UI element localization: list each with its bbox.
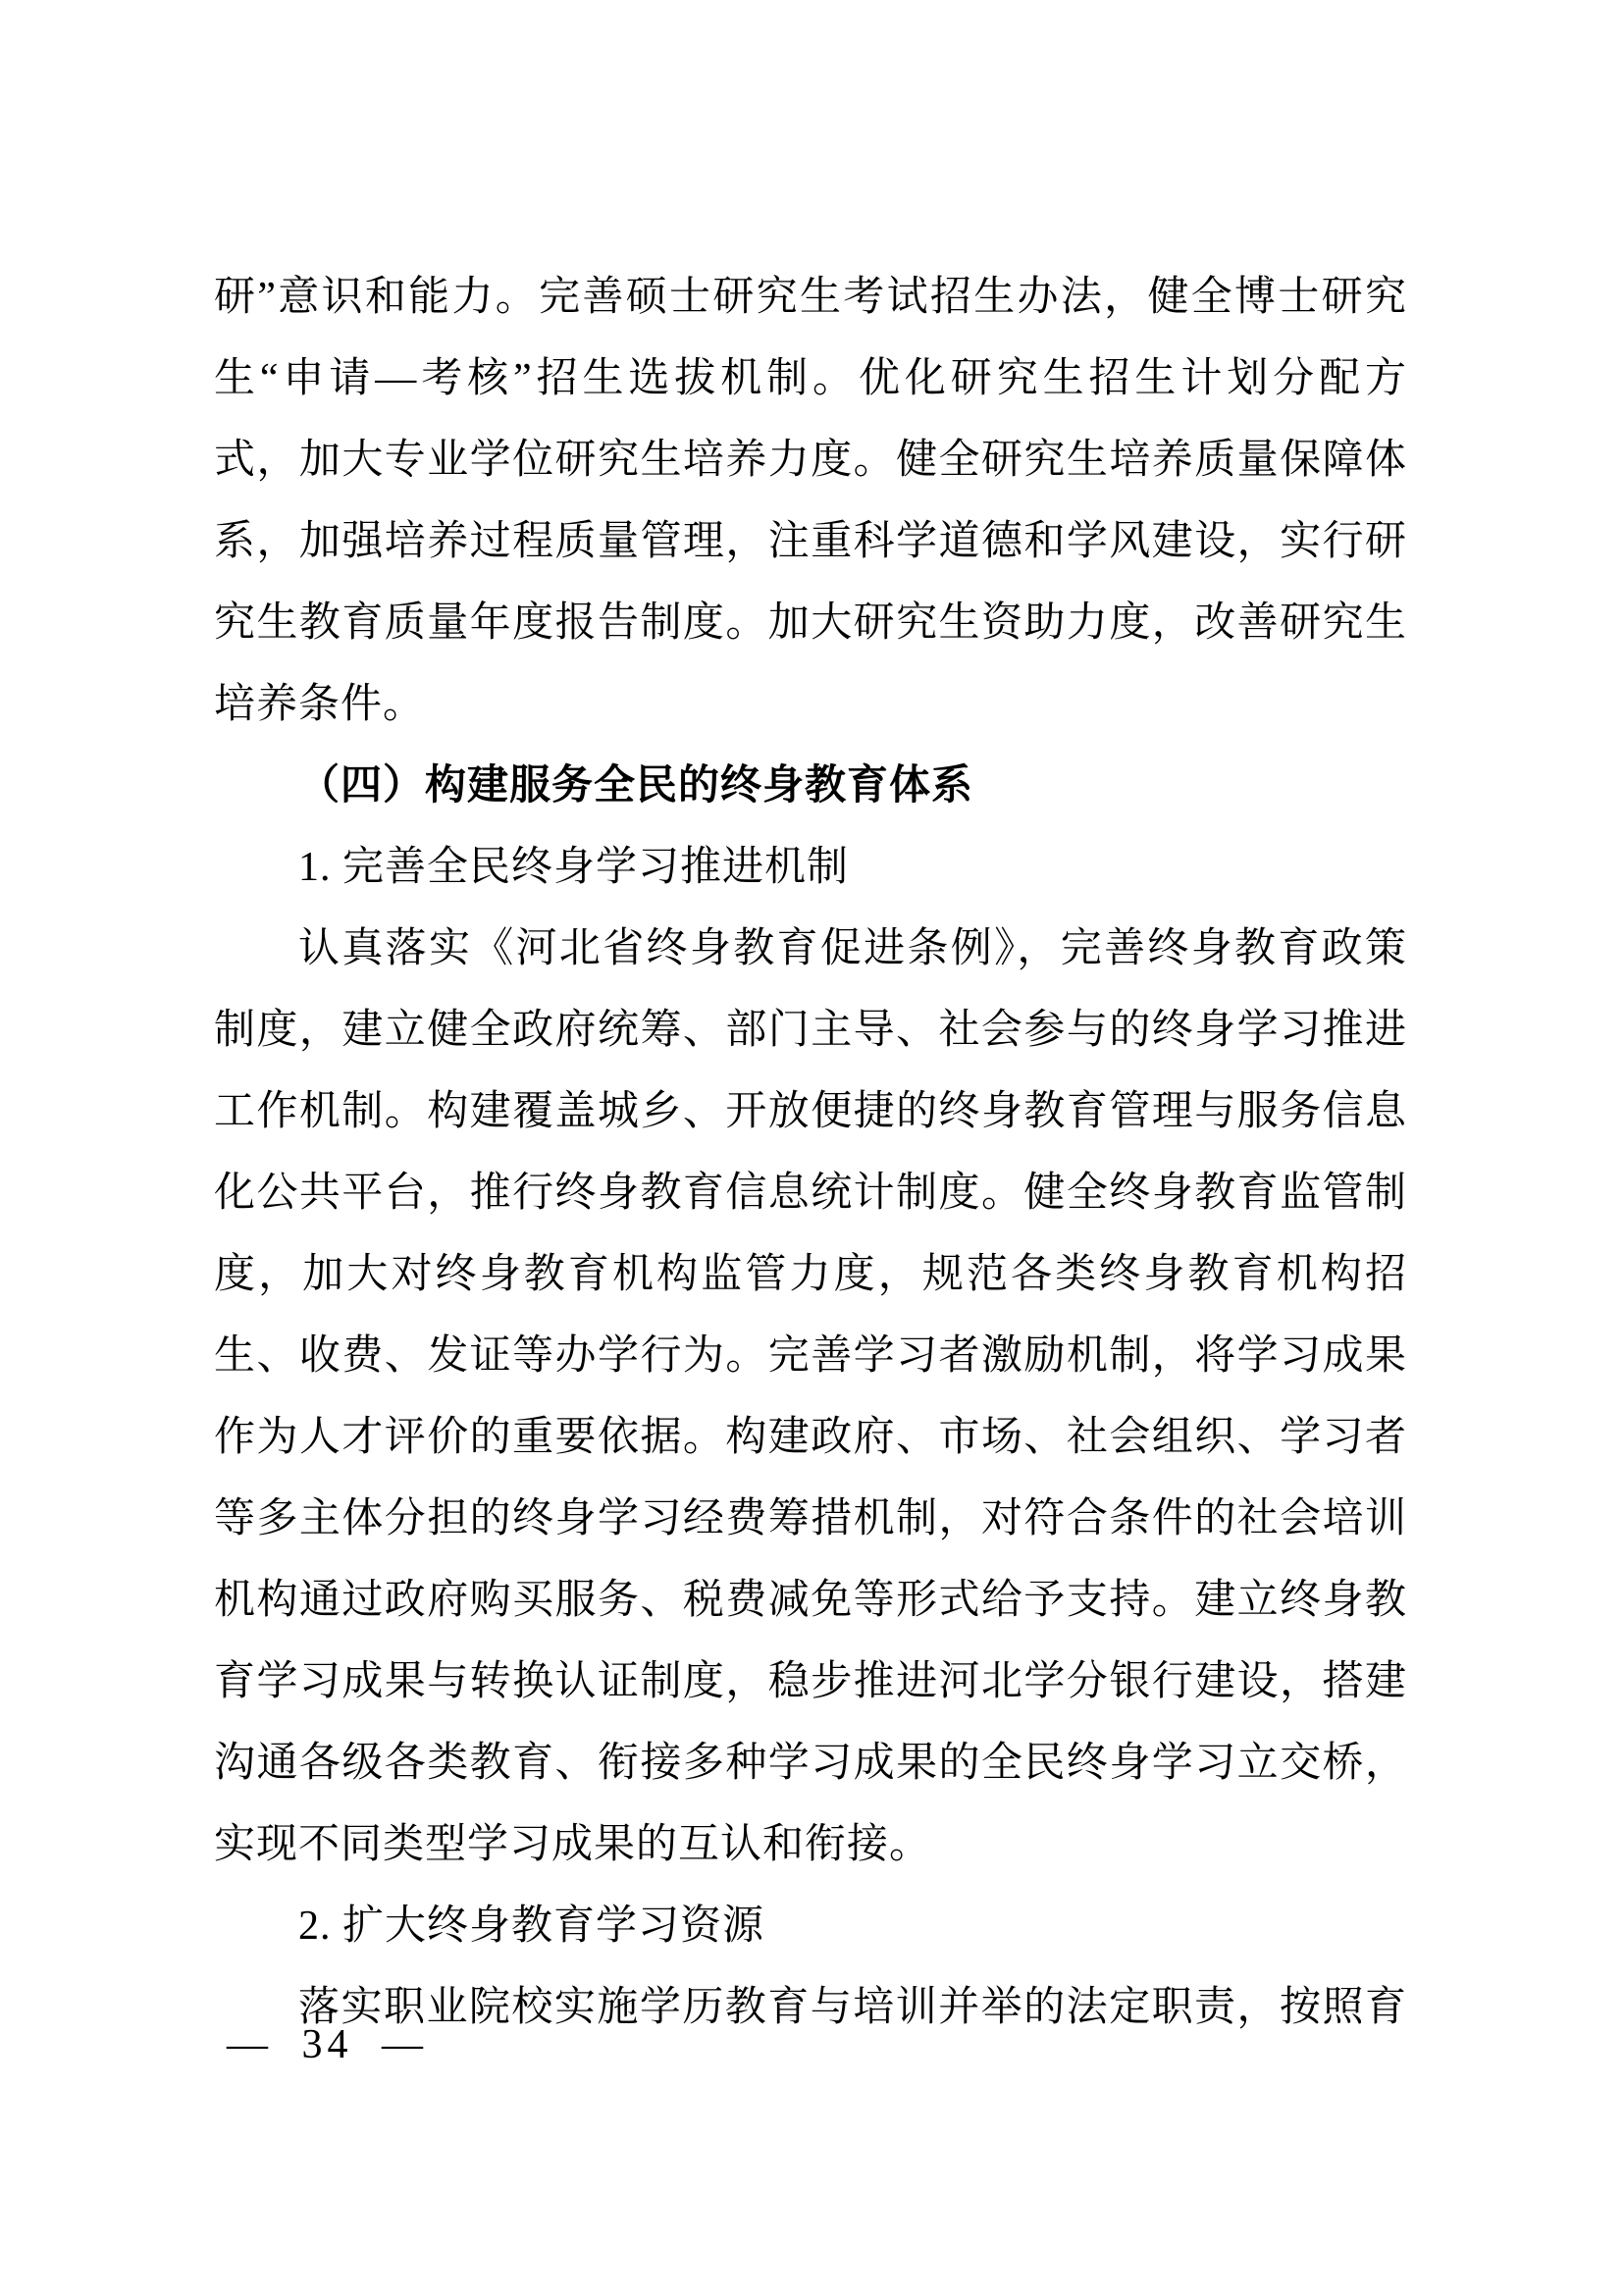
body-line: 生“申请—考核”招生选拔机制。优化研究生招生计划分配方 <box>214 339 1407 420</box>
body-line: 育学习成果与转换认证制度，稳步推进河北学分银行建设，搭建 <box>214 1642 1407 1723</box>
page-number: — 34 — <box>227 2022 428 2067</box>
body-line: 工作机制。构建覆盖城乡、开放便捷的终身教育管理与服务信息 <box>214 1071 1407 1153</box>
subsection-heading: 1. 完善全民终身学习推进机制 <box>214 827 1407 909</box>
body-line: 实现不同类型学习成果的互认和衔接。 <box>214 1804 1407 1886</box>
body-line: 机构通过政府购买服务、税费减免等形式给予支持。建立终身教 <box>214 1560 1407 1642</box>
body-line: 认真落实《河北省终身教育促进条例》，完善终身教育政策 <box>214 909 1407 990</box>
body-line: 式，加大专业学位研究生培养力度。健全研究生培养质量保障体 <box>214 420 1407 501</box>
body-line: 作为人才评价的重要依据。构建政府、市场、社会组织、学习者 <box>214 1397 1407 1479</box>
body-line: 生、收费、发证等办学行为。完善学习者激励机制，将学习成果 <box>214 1316 1407 1397</box>
body-line: 究生教育质量年度报告制度。加大研究生资助力度，改善研究生 <box>214 583 1407 664</box>
body-line: 制度，建立健全政府统筹、部门主导、社会参与的终身学习推进 <box>214 990 1407 1071</box>
body-line: 沟通各级各类教育、衔接多种学习成果的全民终身学习立交桥， <box>214 1723 1407 1804</box>
subsection-heading: 2. 扩大终身教育学习资源 <box>214 1886 1407 1967</box>
body-line: 培养条件。 <box>214 664 1407 746</box>
section-heading: （四）构建服务全民的终身教育体系 <box>214 746 1407 827</box>
body-line: 系，加强培养过程质量管理，注重科学道德和学风建设，实行研 <box>214 501 1407 583</box>
body-line: 度，加大对终身教育机构监管力度，规范各类终身教育机构招 <box>214 1234 1407 1316</box>
body-line: 化公共平台，推行终身教育信息统计制度。健全终身教育监管制 <box>214 1153 1407 1234</box>
text-block: 研”意识和能力。完善硕士研究生考试招生办法，健全博士研究 生“申请—考核”招生选… <box>214 257 1407 2049</box>
document-page: 研”意识和能力。完善硕士研究生考试招生办法，健全博士研究 生“申请—考核”招生选… <box>0 0 1624 2296</box>
body-line: 研”意识和能力。完善硕士研究生考试招生办法，健全博士研究 <box>214 257 1407 339</box>
body-line: 等多主体分担的终身学习经费筹措机制，对符合条件的社会培训 <box>214 1479 1407 1560</box>
